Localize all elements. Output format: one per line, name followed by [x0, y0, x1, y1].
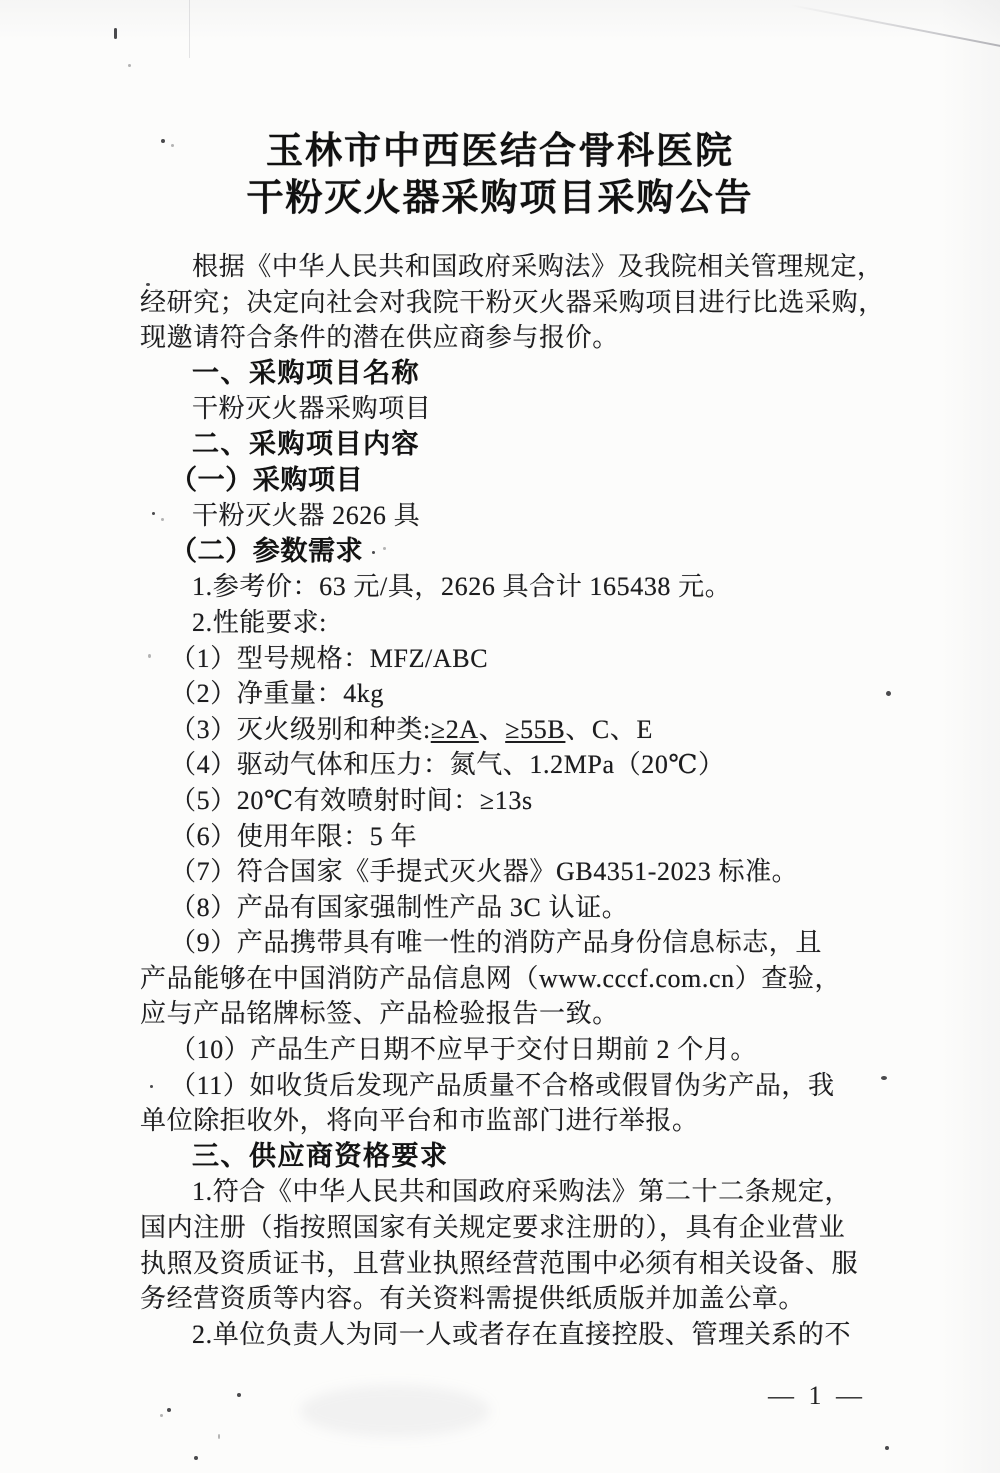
scan-speck	[372, 551, 375, 554]
body-line: 干粉灭火器采购项目	[140, 391, 870, 427]
body-line: 经研究；决定向社会对我院干粉灭火器采购项目进行比选采购，	[140, 285, 870, 321]
text-segment: （3）灭火级别和种类:	[170, 715, 431, 744]
body-line: 根据《中华人民共和国政府采购法》及我院相关管理规定，	[140, 249, 870, 285]
body-line: 国内注册（指按照国家有关规定要求注册的），具有企业营业	[140, 1210, 870, 1246]
scan-speck	[194, 1456, 198, 1460]
scan-speck	[152, 512, 155, 515]
document-body: 根据《中华人民共和国政府采购法》及我院相关管理规定， 经研究；决定向社会对我院干…	[140, 249, 870, 1352]
scan-speck	[218, 1434, 220, 1439]
body-line: （9）产品携带具有唯一性的消防产品身份信息标志，且	[140, 925, 870, 961]
body-line: 现邀请符合条件的潜在供应商参与报价。	[140, 320, 870, 356]
text-segment: 、C、E	[565, 715, 653, 744]
body-line: 执照及资质证书，且营业执照经营范围中必须有相关设备、服	[140, 1246, 870, 1282]
body-line: （10）产品生产日期不应早于交付日期前 2 个月。	[140, 1032, 870, 1068]
subsection-2-2-heading: （二）参数需求	[140, 534, 870, 570]
section-3-heading: 三、供应商资格要求	[140, 1139, 870, 1175]
title-line-1: 玉林市中西医结合骨科医院	[0, 128, 1000, 175]
scan-speck	[114, 28, 117, 39]
section-2-heading: 二、采购项目内容	[140, 427, 870, 463]
body-line: （5）20℃有效喷射时间：≥13s	[140, 783, 870, 819]
body-line: 干粉灭火器 2626 具	[140, 498, 870, 534]
body-line: （11）如收货后发现产品质量不合格或假冒伪劣产品，我	[140, 1068, 870, 1104]
scan-speck	[150, 1085, 153, 1088]
body-line: （1）型号规格：MFZ/ABC	[140, 641, 870, 677]
scan-speck	[171, 144, 174, 147]
section-1-heading: 一、采购项目名称	[140, 356, 870, 392]
body-line: 1.符合《中华人民共和国政府采购法》第二十二条规定，	[140, 1174, 870, 1210]
scan-edge-line	[790, 4, 1000, 48]
scan-speck	[155, 289, 158, 292]
scan-speck	[167, 1408, 171, 1412]
underlined-value: ≥2A	[431, 715, 479, 744]
body-line: 1.参考价：63 元/具，2626 具合计 165438 元。	[140, 569, 870, 605]
scan-speck	[886, 691, 891, 696]
body-line: 产品能够在中国消防产品信息网（www.cccf.com.cn）查验，	[140, 961, 870, 997]
scan-speck	[161, 139, 165, 143]
text-segment: 、	[479, 715, 506, 744]
body-line: （7）符合国家《手提式灭火器》GB4351-2023 标准。	[140, 854, 870, 890]
body-line: 2.单位负责人为同一人或者存在直接控股、管理关系的不	[140, 1317, 870, 1353]
body-line: 2.性能要求:	[140, 605, 870, 641]
body-line: 务经营资质等内容。有关资料需提供纸质版并加盖公章。	[140, 1281, 870, 1317]
underlined-value: ≥55B	[505, 715, 565, 744]
scan-speck	[148, 654, 151, 658]
body-line: （6）使用年限：5 年	[140, 819, 870, 855]
page-number: — 1 —	[768, 1381, 866, 1411]
scan-speck	[881, 1076, 887, 1080]
body-line: （3）灭火级别和种类:≥2A、≥55B、C、E	[140, 712, 870, 748]
scan-speck	[128, 64, 131, 67]
scan-edge-line	[189, 0, 190, 58]
subsection-2-1-heading: （一）采购项目	[140, 463, 870, 499]
title-line-2: 干粉灭火器采购项目采购公告	[0, 175, 1000, 222]
body-line: （8）产品有国家强制性产品 3C 认证。	[140, 890, 870, 926]
body-line: （2）净重量：4kg	[140, 676, 870, 712]
scanned-document-page: 玉林市中西医结合骨科医院 干粉灭火器采购项目采购公告 根据《中华人民共和国政府采…	[0, 0, 1000, 1473]
scan-speck	[237, 1393, 241, 1397]
body-line: （4）驱动气体和压力：氮气、1.2MPa（20℃）	[140, 747, 870, 783]
scan-speck	[161, 518, 164, 521]
document-title: 玉林市中西医结合骨科医院 干粉灭火器采购项目采购公告	[0, 128, 1000, 222]
body-line: 应与产品铭牌标签、产品检验报告一致。	[140, 996, 870, 1032]
scan-speck	[146, 283, 150, 286]
scan-speck	[383, 547, 386, 550]
scan-smudge	[300, 1385, 490, 1437]
scan-speck	[885, 1446, 889, 1450]
body-line: 单位除拒收外，将向平台和市监部门进行举报。	[140, 1103, 870, 1139]
scan-speck	[160, 1414, 163, 1417]
